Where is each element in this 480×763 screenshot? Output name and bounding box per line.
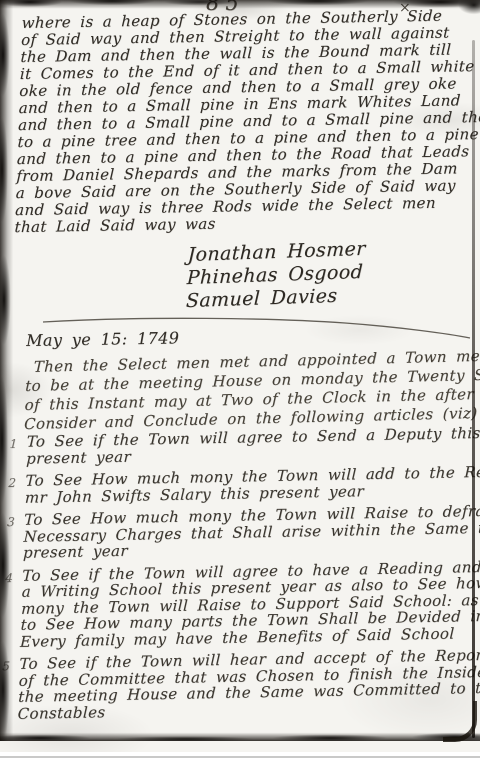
meeting-intro-paragraph: Then the Select men met and appointed a … bbox=[24, 347, 476, 434]
article-text: To See if the Town will agree to Send a … bbox=[26, 425, 480, 467]
article-text: To See if the Town will agree to have a … bbox=[20, 557, 480, 650]
article-item-3: 3 To See How much mony the Town will Rai… bbox=[6, 503, 474, 561]
scan-edge-right bbox=[472, 40, 475, 738]
scan-edge-bottom bbox=[0, 731, 480, 741]
article-item-5: 5 To See if the Town will hear and accep… bbox=[0, 647, 468, 722]
paper-background: 85 × where is a heap of Stones on the So… bbox=[0, 0, 480, 752]
deed-paragraph: where is a heap of Stones on the Souther… bbox=[14, 7, 474, 236]
article-item-1: 1 To See if the Town will agree to Send … bbox=[9, 425, 476, 467]
signature-block: Jonathan Hosmer Phinehas Osgood Samuel D… bbox=[186, 238, 367, 313]
article-item-2: 2 To See How much mony the Town will add… bbox=[8, 464, 475, 506]
scan-edge-top bbox=[0, 0, 480, 11]
scan-edge-left bbox=[0, 0, 17, 741]
date-heading: May ye 15: 1749 bbox=[26, 328, 180, 350]
scan-bottom-shadow-line bbox=[0, 756, 480, 758]
article-text: To See if the Town will hear and accept … bbox=[17, 646, 480, 722]
scan-corner-top-right bbox=[446, 0, 480, 28]
signature-samuel-davies: Samuel Davies bbox=[186, 284, 365, 313]
articles-list: 1 To See if the Town will agree to Send … bbox=[0, 425, 476, 728]
article-text: To See How much mony the Town will add t… bbox=[25, 464, 480, 506]
article-text: To See How much mony the Town will Raise… bbox=[23, 502, 480, 561]
article-item-4: 4 To See if the Town will agree to have … bbox=[3, 559, 472, 651]
scanned-manuscript-page: 85 × where is a heap of Stones on the So… bbox=[0, 0, 480, 763]
